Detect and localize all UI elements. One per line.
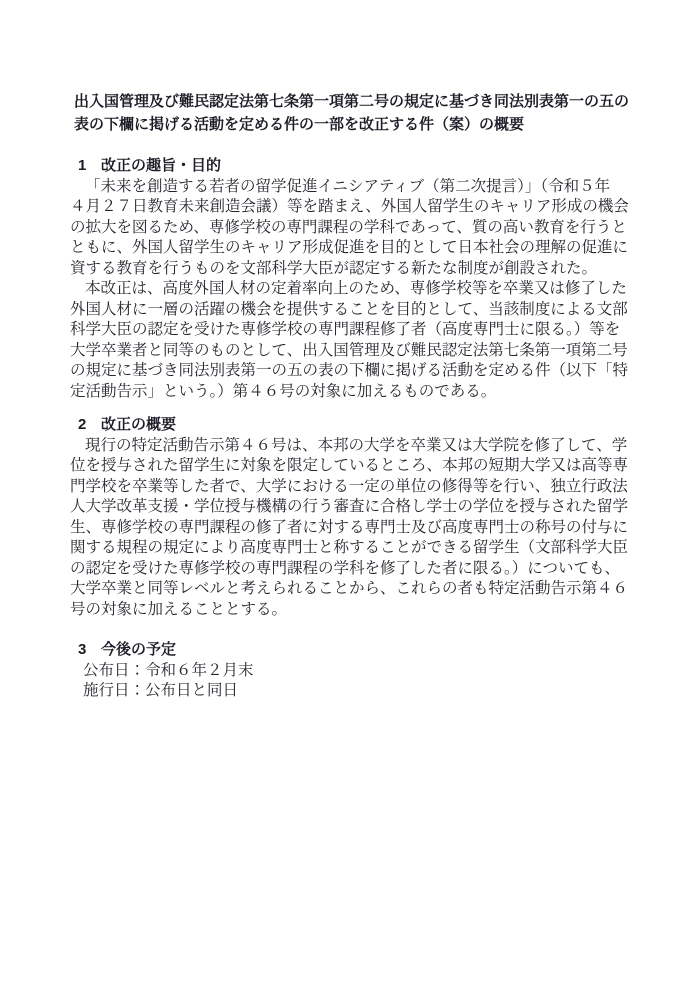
paragraph: 「未来を創造する若者の留学促進イニシアティブ（第二次提言）」（令和５年 ４月２７…	[70, 177, 630, 280]
section-number: 3	[78, 640, 101, 661]
section-heading-text: 改正の趣旨・目的	[101, 156, 221, 177]
section-schedule: 3 今後の予定 公布日：令和６年２月末 施行日：公布日と同日	[70, 640, 630, 702]
section-heading: 1 改正の趣旨・目的	[70, 156, 630, 177]
section-heading-text: 改正の概要	[101, 415, 176, 436]
section-number: 2	[78, 415, 101, 436]
document-page: 出入国管理及び難民認定法第七条第一項第二号の規定に基づき同法別表第一の五の 表の…	[0, 0, 700, 1001]
promulgation-date-line: 公布日：令和６年２月末	[83, 661, 630, 682]
document-content: 出入国管理及び難民認定法第七条第一項第二号の規定に基づき同法別表第一の五の 表の…	[0, 90, 700, 702]
section-heading: 2 改正の概要	[70, 415, 630, 436]
paragraph: 現行の特定活動告示第４６号は、本邦の大学を卒業又は大学院を修了して、学 位を授与…	[70, 436, 630, 621]
enforcement-date-line: 施行日：公布日と同日	[83, 681, 630, 702]
section-purpose: 1 改正の趣旨・目的 「未来を創造する若者の留学促進イニシアティブ（第二次提言）…	[70, 156, 630, 402]
document-title: 出入国管理及び難民認定法第七条第一項第二号の規定に基づき同法別表第一の五の 表の…	[74, 90, 630, 136]
section-outline: 2 改正の概要 現行の特定活動告示第４６号は、本邦の大学を卒業又は大学院を修了し…	[70, 415, 630, 620]
section-heading-text: 今後の予定	[101, 640, 176, 661]
section-heading: 3 今後の予定	[70, 640, 630, 661]
paragraph: 本改正は、高度外国人材の定着率向上のため、専修学校等を卒業又は修了した 外国人材…	[70, 279, 630, 402]
section-number: 1	[78, 156, 101, 177]
